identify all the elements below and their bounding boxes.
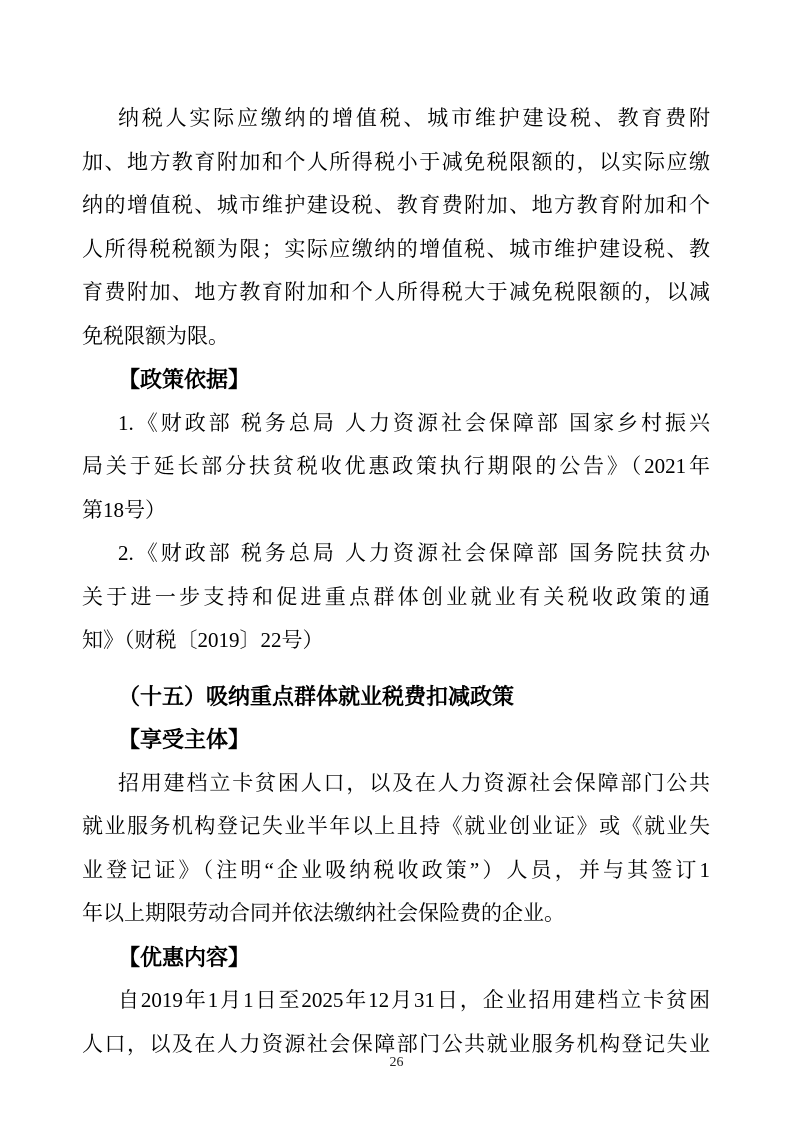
- benefit-paragraph: 自2019年1月1日至2025年12月31日，企业招用建档立卡贫困 人口，以及在…: [82, 979, 710, 1066]
- paragraph-line: 自2019年1月1日至2025年12月31日，企业招用建档立卡贫困: [82, 979, 710, 1023]
- paragraph-line: 招用建档立卡贫困人口，以及在人力资源社会保障部门公共: [82, 762, 710, 806]
- page-footer: 26: [0, 1054, 793, 1072]
- paragraph-line: 知》（财税〔2019〕22号）: [82, 619, 710, 663]
- intro-paragraph: 纳税人实际应缴纳的增值税、城市维护建设税、教育费附 加、地方教育附加和个人所得税…: [82, 97, 710, 358]
- paragraph-line: 人所得税税额为限；实际应缴纳的增值税、城市维护建设税、教: [82, 228, 710, 272]
- page-content: 纳税人实际应缴纳的增值税、城市维护建设税、教育费附 加、地方教育附加和个人所得税…: [0, 0, 793, 1066]
- paragraph-line: 1.《财政部 税务总局 人力资源社会保障部 国家乡村振兴: [82, 402, 710, 446]
- page-number: 26: [390, 1055, 404, 1070]
- paragraph-line: 加、地方教育附加和个人所得税小于减免税限额的，以实际应缴: [82, 141, 710, 185]
- paragraph-line: 局关于延长部分扶贫税收优惠政策执行期限的公告》（2021年: [82, 445, 710, 489]
- paragraph-line: 关于进一步支持和促进重点群体创业就业有关税收政策的通: [82, 576, 710, 620]
- policy-item-1: 1.《财政部 税务总局 人力资源社会保障部 国家乡村振兴 局关于延长部分扶贫税收…: [82, 402, 710, 533]
- beneficiary-heading: 【享受主体】: [82, 718, 710, 762]
- paragraph-line: 业登记证》（注明“企业吸纳税收政策”）人员，并与其签订1: [82, 849, 710, 893]
- paragraph-line: 就业服务机构登记失业半年以上且持《就业创业证》或《就业失: [82, 805, 710, 849]
- section-heading: （十五）吸纳重点群体就业税费扣减政策: [82, 675, 710, 719]
- beneficiary-paragraph: 招用建档立卡贫困人口，以及在人力资源社会保障部门公共 就业服务机构登记失业半年以…: [82, 762, 710, 936]
- paragraph-line: 纳的增值税、城市维护建设税、教育费附加、地方教育附加和个: [82, 184, 710, 228]
- document-page: 纳税人实际应缴纳的增值税、城市维护建设税、教育费附 加、地方教育附加和个人所得税…: [0, 0, 793, 1122]
- paragraph-line: 免税限额为限。: [82, 315, 710, 359]
- paragraph-line: 第18号）: [82, 489, 710, 533]
- policy-item-2: 2.《财政部 税务总局 人力资源社会保障部 国务院扶贫办 关于进一步支持和促进重…: [82, 532, 710, 663]
- paragraph-line: 纳税人实际应缴纳的增值税、城市维护建设税、教育费附: [82, 97, 710, 141]
- paragraph-line: 2.《财政部 税务总局 人力资源社会保障部 国务院扶贫办: [82, 532, 710, 576]
- paragraph-line: 育费附加、地方教育附加和个人所得税大于减免税限额的，以减: [82, 271, 710, 315]
- policy-basis-heading: 【政策依据】: [82, 358, 710, 402]
- benefit-heading: 【优惠内容】: [82, 936, 710, 980]
- section-gap: [82, 663, 710, 675]
- paragraph-line: 年以上期限劳动合同并依法缴纳社会保险费的企业。: [82, 892, 710, 936]
